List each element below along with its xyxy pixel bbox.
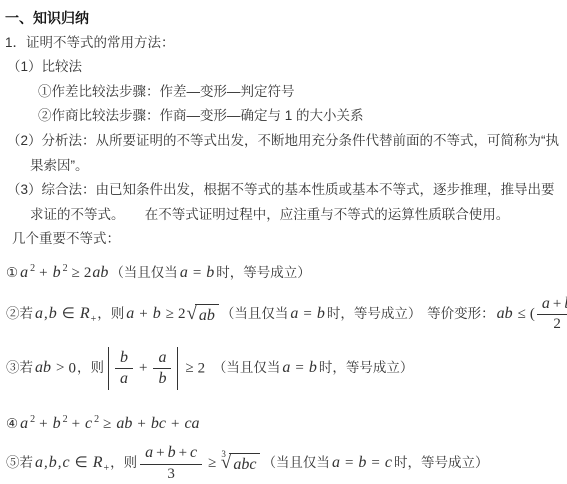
math-variable: b <box>317 305 325 322</box>
math-number: ( <box>530 306 535 322</box>
math-text: ，则 <box>77 360 104 375</box>
math-text: ，则 <box>110 455 137 470</box>
math-text: （当且仅当 <box>206 360 280 375</box>
math-number: 2 <box>198 360 206 376</box>
math-number: , <box>44 306 48 322</box>
math-number: 2 <box>553 316 561 333</box>
math-text: 时，等号成立） <box>394 455 489 470</box>
math-operator: = <box>193 265 201 281</box>
math-radicand: ab <box>195 304 219 325</box>
math-variable: a <box>20 415 28 432</box>
math-root-index: 3 <box>221 449 226 459</box>
math-fraction-numerator: a+b <box>537 295 567 315</box>
math-operator: ≥ <box>208 455 216 471</box>
math-operator: ≤ <box>518 306 526 322</box>
math-text: 时，等号成立） <box>327 306 422 321</box>
math-subscript: + <box>91 314 97 325</box>
math-operator: ∈ <box>62 306 75 322</box>
math-operator: > <box>56 360 64 376</box>
math-variable: b <box>158 370 166 388</box>
math-operator: + <box>179 445 187 462</box>
line-quotient-steps: ②作商比较法步骤：作商—变形—确定与 1 的大小关系 <box>5 104 563 129</box>
math-variable: b <box>49 305 57 322</box>
math-fraction-denominator: 3 <box>167 465 175 483</box>
math-variable: b <box>309 359 317 376</box>
math-variable: ab <box>497 305 513 322</box>
math-number: 3 <box>167 466 175 483</box>
line-analysis-method: （2）分析法：从所要证明的不等式出发，不断地用充分条件代替前面的不等式，可简称为… <box>5 129 563 154</box>
math-variable: b <box>53 264 61 281</box>
math-operator: + <box>553 296 561 313</box>
math-absolute-value: ba+ab <box>108 347 178 391</box>
math-variable: b <box>168 444 176 462</box>
math-text: ④ <box>6 416 18 431</box>
math-radical: √ab <box>186 304 218 325</box>
formula-am-gm-three-terms: ⑤若a,b,c∈R+，则a+b+c3≥3√abc（当且仅当a=b=c时，等号成立… <box>5 444 563 483</box>
math-text: ⑤若 <box>6 455 33 470</box>
math-operator: ≥ <box>166 306 174 322</box>
line-difference-steps: ①作差比较法步骤：作差—变形—判定符号 <box>5 80 563 105</box>
math-text: ③若 <box>6 360 33 375</box>
math-operator: = <box>345 455 353 471</box>
math-variable: a <box>120 370 128 388</box>
math-variable: c <box>85 415 92 432</box>
math-number: 0 <box>68 360 76 376</box>
math-operator: ≥ <box>185 360 193 376</box>
math-text: 时，等号成立） <box>319 360 414 375</box>
math-fraction: ab <box>153 349 171 389</box>
math-operator: ≥ <box>103 416 111 432</box>
math-text: （当且仅当 <box>221 306 289 321</box>
math-text: ，则 <box>97 306 124 321</box>
formula-reciprocal-sum: ③若ab>0，则ba+ab≥2 （当且仅当a=b时，等号成立） <box>5 347 563 391</box>
math-variable: b <box>358 454 366 471</box>
math-fraction-numerator: a+b+c <box>140 444 202 464</box>
line-synthesis-method: （3）综合法：由已知条件出发，根据不等式的基本性质或基本不等式，逐步推理，推导出… <box>5 178 563 203</box>
math-operator: + <box>137 416 145 432</box>
math-variable: ab <box>92 264 108 281</box>
math-operator: = <box>371 455 379 471</box>
math-operator: + <box>139 306 147 322</box>
math-number: , <box>44 455 48 471</box>
math-fraction-numerator: b <box>115 349 133 369</box>
line-analysis-method-cont: 果索因”。 <box>5 154 563 179</box>
math-superscript: 2 <box>30 414 35 425</box>
math-number: 2 <box>178 306 186 322</box>
math-operator: + <box>139 360 147 377</box>
math-fraction: a+b+c3 <box>140 444 202 483</box>
math-text: （当且仅当 <box>262 455 330 470</box>
math-text: 时，等号成立） <box>216 265 311 280</box>
math-variable: R <box>80 305 90 322</box>
math-text: 等价变形： <box>423 306 494 321</box>
math-variable: a <box>290 305 298 322</box>
math-variable: ab <box>116 415 132 432</box>
math-variable: a <box>542 295 550 313</box>
heading-knowledge-summary: 一、知识归纳 <box>5 6 563 31</box>
math-operator: + <box>39 265 47 281</box>
math-operator: ∈ <box>75 455 88 471</box>
formula-three-squares: ④a2+b2+c2≥ab+bc+ca <box>5 415 563 433</box>
math-text: ① <box>6 265 18 280</box>
math-variable: a <box>35 305 43 322</box>
math-superscript: 2 <box>63 414 68 425</box>
math-variable: ab <box>199 307 215 325</box>
math-operator: ≥ <box>72 265 80 281</box>
math-variable: ca <box>184 415 199 432</box>
math-variable: ab <box>35 359 51 376</box>
math-operator: = <box>295 360 303 376</box>
math-variable: a <box>180 264 188 281</box>
line-important-inequalities: 几个重要不等式： <box>5 227 563 252</box>
math-variable: c <box>190 444 197 462</box>
math-variable: a <box>126 305 134 322</box>
math-variable: a <box>35 454 43 471</box>
math-operator: + <box>72 416 80 432</box>
math-fraction-denominator: a <box>119 369 129 388</box>
math-variable: a <box>20 264 28 281</box>
math-variable: b <box>153 305 161 322</box>
math-fraction: ba <box>115 349 133 389</box>
math-variable: a <box>145 444 153 462</box>
math-subscript: + <box>103 463 109 474</box>
math-text: （当且仅当 <box>110 265 178 280</box>
math-variable: a <box>282 359 290 376</box>
document-page: 一、知识归纳 1．证明不等式的常用方法： （1）比较法 ①作差比较法步骤：作差—… <box>0 0 567 483</box>
math-variable: b <box>120 349 128 367</box>
math-variable: c <box>385 454 392 471</box>
math-variable: b <box>206 264 214 281</box>
math-variable: R <box>93 454 103 471</box>
math-variable: a <box>158 349 166 367</box>
math-operator: + <box>171 416 179 432</box>
math-fraction-numerator: a <box>153 349 171 369</box>
math-fraction-denominator: 2 <box>553 315 561 333</box>
math-operator: + <box>39 416 47 432</box>
math-variable: a <box>332 454 340 471</box>
math-text: ②若 <box>6 306 33 321</box>
line-synthesis-method-cont: 求证的不等式。 在不等式证明过程中，应注重与不等式的运算性质联合使用。 <box>5 203 563 228</box>
math-superscript: 2 <box>63 263 68 274</box>
math-variable: abc <box>233 456 256 474</box>
math-operator: + <box>156 445 164 462</box>
math-superscript: 2 <box>30 263 35 274</box>
line-comparison-method: （1）比较法 <box>5 55 563 80</box>
line-methods-intro: 1．证明不等式的常用方法： <box>5 31 563 56</box>
math-radical: 3√abc <box>221 453 260 474</box>
math-variable: b <box>49 454 57 471</box>
math-radicand: abc <box>229 453 260 474</box>
formula-sum-of-squares: ①a2+b2≥2ab（当且仅当a=b时，等号成立） <box>5 261 563 282</box>
formula-am-gm-two-terms: ②若a,b∈R+，则a+b≥2√ab（当且仅当a=b时，等号成立） 等价变形：a… <box>5 295 563 334</box>
math-variable: bc <box>151 415 166 432</box>
math-operator: = <box>303 306 311 322</box>
math-fraction-denominator: b <box>157 369 167 388</box>
math-variable: b <box>53 415 61 432</box>
math-number: , <box>58 455 62 471</box>
math-number: 2 <box>84 265 92 281</box>
math-superscript: 2 <box>94 414 99 425</box>
math-fraction: a+b2 <box>537 295 567 334</box>
math-variable: c <box>63 454 70 471</box>
